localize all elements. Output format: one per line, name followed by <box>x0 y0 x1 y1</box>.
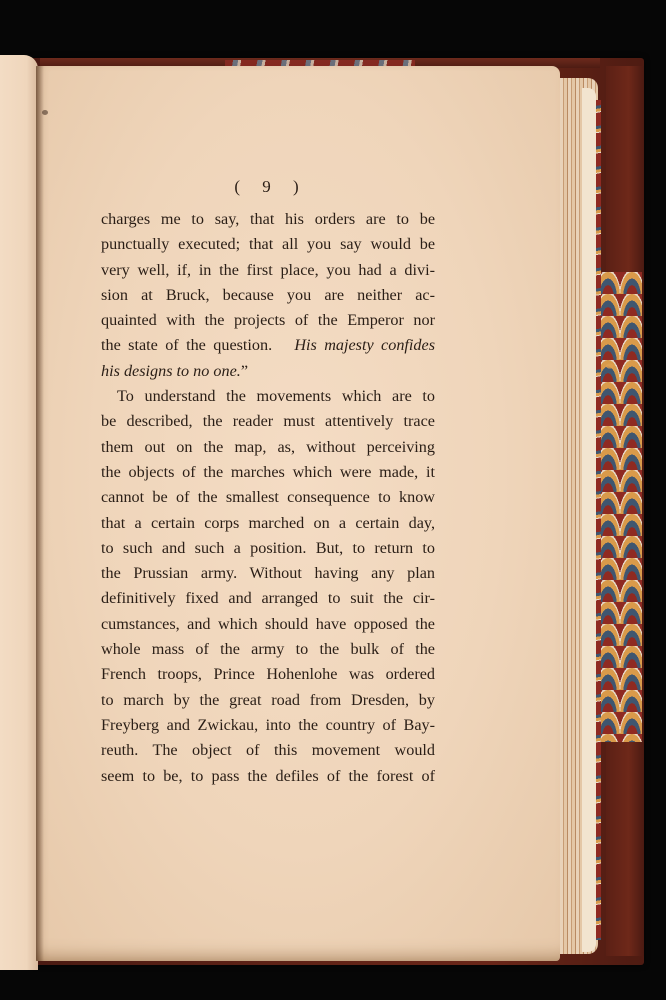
text-line: sion at Bruck, because you are neither a… <box>101 283 435 308</box>
text-line: quainted with the projects of the Empero… <box>101 308 435 333</box>
text-line: definitively fixed and arranged to suit … <box>101 586 435 611</box>
text-line: very well, if, in the first place, you h… <box>101 258 435 283</box>
text-line: Freyberg and Zwickau, into the country o… <box>101 713 435 738</box>
left-facing-page <box>0 55 38 970</box>
text-line: the state of the question. His majesty c… <box>101 333 435 358</box>
marbled-endpaper <box>596 272 642 742</box>
text-line: cannot be of the smallest consequence to… <box>101 485 435 510</box>
text-line: that a certain corps marched on a certai… <box>101 511 435 536</box>
italic-text: his designs to no one. <box>101 362 241 380</box>
paragraph-1: charges me to say, that his orders are t… <box>101 207 435 384</box>
text-line: the Prussian army. Without having any pl… <box>101 561 435 586</box>
paragraph-2: To understand the movements which are to… <box>101 384 435 789</box>
italic-text: His majesty confides <box>294 336 435 354</box>
foxing-spot <box>42 110 48 115</box>
text-line: punctually executed; that all you say wo… <box>101 232 435 257</box>
text-line: cumstances, and which should have oppose… <box>101 612 435 637</box>
text-line: his designs to no one.” <box>101 359 435 384</box>
text-line: them out on the map, as, without perceiv… <box>101 435 435 460</box>
text-line: French troops, Prince Hohenlohe was orde… <box>101 662 435 687</box>
page-number: ( 9 ) <box>101 175 435 199</box>
flyleaf-edge <box>582 88 596 952</box>
text-line: be described, the reader must attentivel… <box>101 409 435 434</box>
gutter-shadow <box>36 66 44 961</box>
text-line: To understand the movements which are to <box>101 384 435 409</box>
closing-quote: ” <box>241 362 248 380</box>
text-span: the state of the question. <box>101 336 272 354</box>
text-line: to march by the great road from Dresden,… <box>101 688 435 713</box>
text-line: reuth. The object of this movement would <box>101 738 435 763</box>
text-line: whole mass of the army to the bulk of th… <box>101 637 435 662</box>
text-line: the objects of the marches which were ma… <box>101 460 435 485</box>
page-text: ( 9 ) charges me to say, that his orders… <box>101 175 435 789</box>
text-line: seem to be, to pass the defiles of the f… <box>101 764 435 789</box>
book-photo: ( 9 ) charges me to say, that his orders… <box>0 0 666 1000</box>
text-line: charges me to say, that his orders are t… <box>101 207 435 232</box>
text-line: to such and such a position. But, to ret… <box>101 536 435 561</box>
